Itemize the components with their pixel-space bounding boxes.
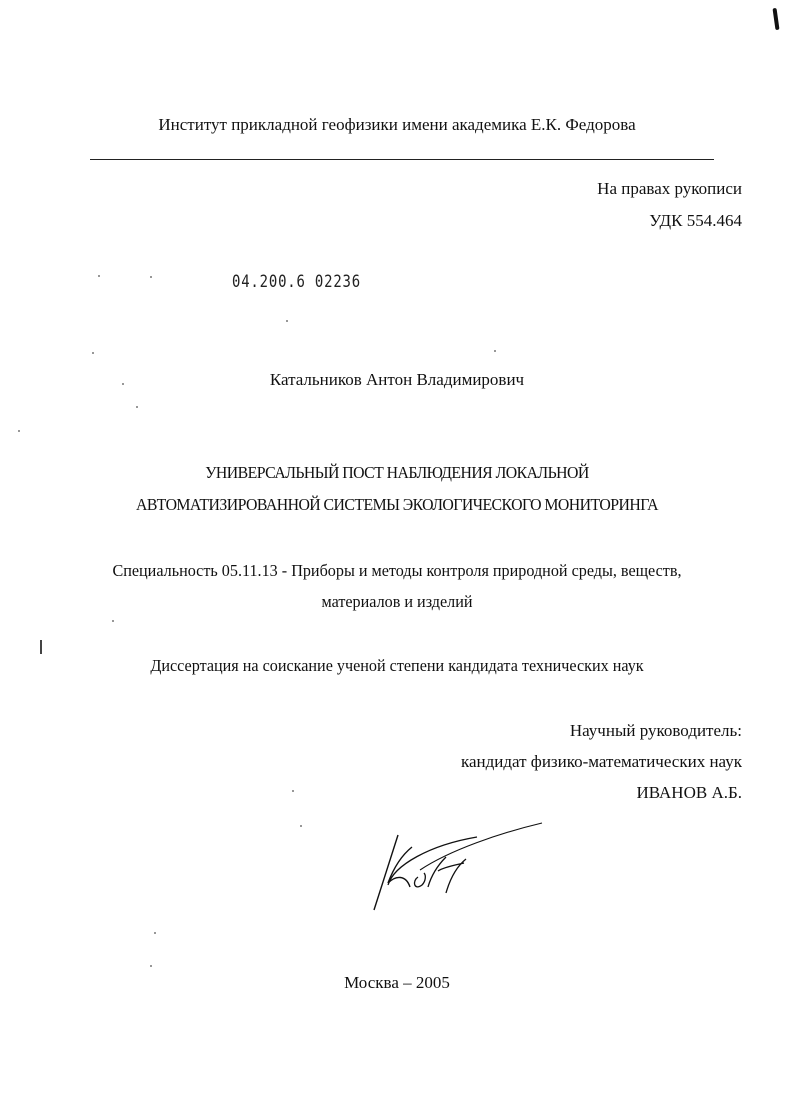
registration-stamp: 04.200.6 02236	[232, 272, 361, 292]
supervisor-label: Научный руководитель:	[570, 721, 742, 741]
scan-mark	[40, 640, 42, 654]
scan-speck	[92, 352, 94, 354]
title-line-2: АВТОМАТИЗИРОВАННОЙ СИСТЕМЫ ЭКОЛОГИЧЕСКОГ…	[28, 495, 766, 515]
scan-mark	[772, 8, 779, 30]
scan-speck	[98, 275, 100, 277]
author-name: Катальников Антон Владимирович	[0, 370, 794, 390]
scan-speck	[292, 790, 294, 792]
signature-icon	[360, 815, 550, 915]
scan-speck	[150, 276, 152, 278]
place-year: Москва – 2005	[0, 973, 794, 993]
scan-speck	[136, 406, 138, 408]
degree-statement: Диссертация на соискание ученой степени …	[20, 656, 774, 676]
scan-speck	[154, 932, 156, 934]
header-divider	[90, 159, 714, 160]
title-line-1: УНИВЕРСАЛЬНЫЙ ПОСТ НАБЛЮДЕНИЯ ЛОКАЛЬНОЙ	[28, 463, 766, 483]
scan-speck	[112, 620, 114, 622]
specialty-line-2: материалов и изделий	[20, 592, 774, 612]
rights-note: На правах рукописи	[597, 179, 742, 199]
scan-speck	[300, 825, 302, 827]
udc-code: УДК 554.464	[649, 211, 742, 231]
scan-speck	[122, 383, 124, 385]
supervisor-name: ИВАНОВ А.Б.	[636, 783, 742, 803]
scan-speck	[494, 350, 496, 352]
scan-speck	[286, 320, 288, 322]
supervisor-degree: кандидат физико-математических наук	[461, 752, 742, 772]
scan-speck	[150, 965, 152, 967]
institute-name: Институт прикладной геофизики имени акад…	[0, 115, 794, 135]
specialty-line-1: Специальность 05.11.13 - Приборы и метод…	[20, 561, 774, 581]
scan-speck	[18, 430, 20, 432]
